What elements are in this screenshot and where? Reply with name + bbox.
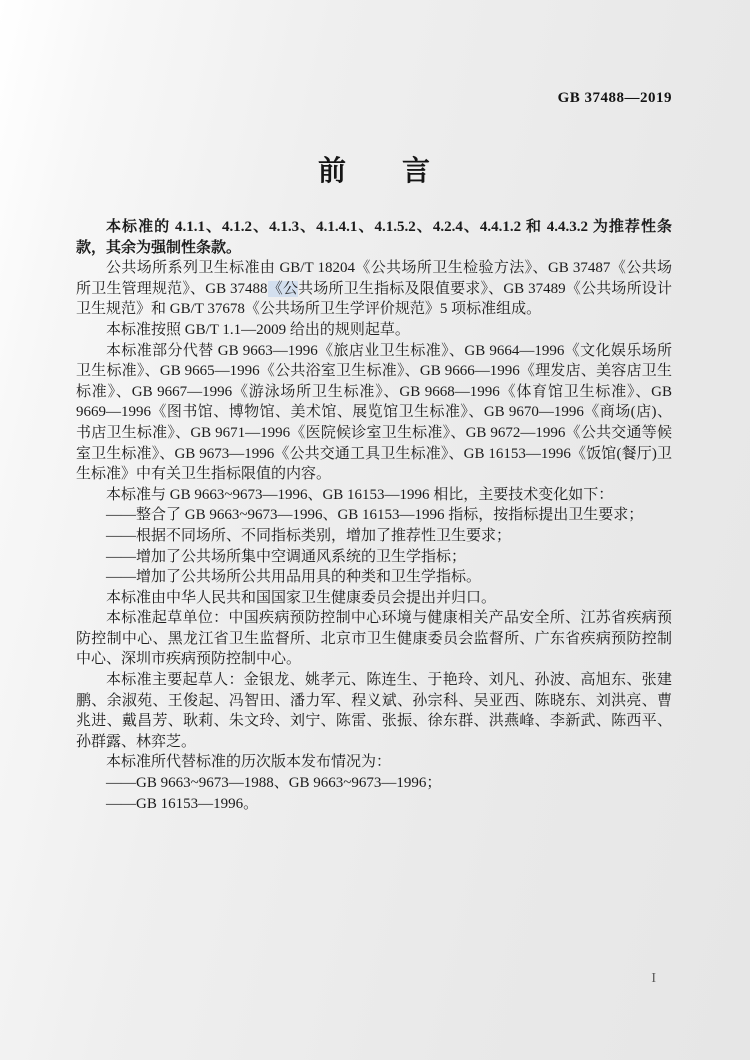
- scan-highlight-artifact: 《公: [268, 281, 299, 297]
- document-page: GB 37488—2019 前 言 本标准的 4.1.1、4.1.2、4.1.3…: [0, 0, 750, 1060]
- paragraph-drafting-rules: 本标准按照 GB/T 1.1—2009 给出的规则起草。: [76, 320, 672, 341]
- paragraph-replaced-standards: 本标准部分代替 GB 9663—1996《旅店业卫生标准》、GB 9664—19…: [76, 341, 672, 485]
- change-item-integrated-indicators: ——整合了 GB 9663~9673—1996、GB 16153—1996 指标…: [76, 505, 672, 526]
- change-item-hvac-indicators: ——增加了公共场所集中空调通风系统的卫生学指标；: [76, 547, 672, 568]
- standard-number: GB 37488—2019: [76, 0, 672, 107]
- paragraph-drafters: 本标准主要起草人：金银龙、姚孝元、陈连生、于艳玲、刘凡、孙波、高旭东、张建鹏、余…: [76, 670, 672, 752]
- foreword-content: 本标准的 4.1.1、4.1.2、4.1.3、4.1.4.1、4.1.5.2、4…: [76, 217, 672, 814]
- paragraph-recommended-clauses: 本标准的 4.1.1、4.1.2、4.1.3、4.1.4.1、4.1.5.2、4…: [76, 217, 672, 258]
- paragraph-standard-series: 公共场所系列卫生标准由 GB/T 18204《公共场所卫生检验方法》、GB 37…: [76, 258, 672, 320]
- page-title: 前 言: [76, 149, 672, 189]
- paragraph-proposed-by: 本标准由中华人民共和国国家卫生健康委员会提出并归口。: [76, 588, 672, 609]
- change-item-recommended-requirements: ——根据不同场所、不同指标类别，增加了推荐性卫生要求；: [76, 526, 672, 547]
- paragraph-previous-editions-intro: 本标准所代替标准的历次版本发布情况为：: [76, 752, 672, 773]
- change-item-public-utensils: ——增加了公共场所公共用品用具的种类和卫生学指标。: [76, 567, 672, 588]
- previous-edition-item-1: ——GB 9663~9673—1988、GB 9663~9673—1996；: [76, 773, 672, 794]
- paragraph-drafting-organizations: 本标准起草单位：中国疾病预防控制中心环境与健康相关产品安全所、江苏省疾病预防控制…: [76, 608, 672, 670]
- page-number: I: [651, 971, 656, 987]
- previous-edition-item-2: ——GB 16153—1996。: [76, 794, 672, 815]
- paragraph-changes-intro: 本标准与 GB 9663~9673—1996、GB 16153—1996 相比，…: [76, 485, 672, 506]
